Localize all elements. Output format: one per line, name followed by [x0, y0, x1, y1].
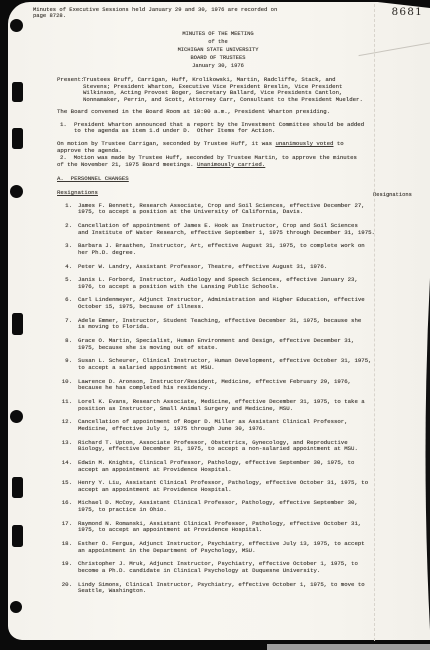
resignation-item-text: James F. Bennett, Research Associate, Cr… — [72, 203, 379, 216]
board-convened-text: The Board convened in the Board Room at … — [57, 109, 379, 116]
resignations-margin-note: Resignations — [373, 192, 412, 198]
meeting-header-line: of the — [57, 38, 379, 46]
punch-bar — [12, 128, 23, 149]
punch-bar — [12, 525, 23, 547]
resignation-item-text: Adele Emmer, Instructor, Student Teachin… — [72, 318, 379, 331]
item-number: 1. — [60, 122, 69, 135]
punch-hole — [10, 185, 23, 198]
resignation-item-number: 4. — [60, 264, 72, 271]
resignation-item: 18. Esther O. Fergus, Adjunct Instructor… — [60, 541, 379, 554]
resignation-item-text: Peter W. Landry, Assistant Professor, Th… — [72, 264, 379, 271]
resignation-item-number: 1. — [60, 203, 72, 216]
resignation-item-number: 19. — [60, 561, 72, 574]
fold-line — [374, 4, 375, 641]
resignation-item: 6. Carl Lindenmeyer, Adjunct Instructor,… — [60, 297, 379, 310]
resignation-item-number: 5. — [60, 277, 72, 290]
resignation-item-text: Janis L. Forbord, Instructor, Audiology … — [72, 277, 379, 290]
resignation-item: 2. Cancellation of appointment of James … — [60, 223, 379, 236]
resignation-item: 1. James F. Bennett, Research Associate,… — [60, 203, 379, 216]
resignation-item-number: 3. — [60, 243, 72, 256]
paper-sheet: Minutes of Executive Sessions held Janua… — [8, 2, 430, 640]
resignation-item-text: Henry Y. Liu, Assistant Clinical Profess… — [72, 480, 379, 493]
resignation-item-number: 18. — [60, 541, 72, 554]
section-heading-personnel-changes: A. PERSONNEL CHANGES — [57, 176, 379, 183]
resignation-item: 19. Christopher J. Mruk, Adjunct Instruc… — [60, 561, 379, 574]
meeting-header: MINUTES OF THE MEETINGof theMICHIGAN STA… — [57, 30, 379, 70]
underlined-phrase-unanimously-carried: Unanimously carried. — [197, 161, 265, 168]
resignation-item: 3. Barbara J. Braathen, Instructor, Art,… — [60, 243, 379, 256]
resignations-heading: Resignations — [57, 190, 379, 197]
resignation-item-number: 13. — [60, 440, 72, 453]
resignation-item: 11. Lorel K. Evans, Research Associate, … — [60, 399, 379, 412]
resignation-item-text: Barbara J. Braathen, Instructor, Art, ef… — [72, 243, 379, 256]
executive-sessions-note: Minutes of Executive Sessions held Janua… — [33, 7, 293, 20]
resignation-item-number: 9. — [60, 358, 72, 371]
resignation-item: 15. Henry Y. Liu, Assistant Clinical Pro… — [60, 480, 379, 493]
resignation-item: 9. Susan L. Scheurer, Clinical Instructo… — [60, 358, 379, 371]
page-right-edge-shadow — [420, 278, 430, 630]
punch-bar — [12, 82, 23, 102]
agenda-item-1: 1. President Wharton announced that a re… — [60, 122, 379, 135]
punch-bar — [12, 313, 23, 335]
resignation-item-text: Lindy Simons, Clinical Instructor, Psych… — [72, 582, 379, 595]
resignation-item: 7. Adele Emmer, Instructor, Student Teac… — [60, 318, 379, 331]
resignation-item-number: 14. — [60, 460, 72, 473]
resignation-item-number: 12. — [60, 419, 72, 432]
meeting-header-line: MICHIGAN STATE UNIVERSITY — [57, 46, 379, 54]
resignation-item: 14. Edwin M. Knights, Clinical Professor… — [60, 460, 379, 473]
punch-hole — [10, 410, 23, 423]
motion-paragraph-1: On motion by Trustee Carrigan, seconded … — [57, 141, 379, 154]
punch-hole — [10, 601, 22, 613]
page-number: 8681 — [391, 6, 423, 18]
resignation-item: 10. Lawrence D. Aronson, Instructor/Resi… — [60, 379, 379, 392]
resignation-item-number: 15. — [60, 480, 72, 493]
resignation-item-text: Cancellation of appointment of Roger D. … — [72, 419, 379, 432]
scanner-background-strip — [267, 644, 430, 650]
agenda-item-1-text: President Wharton announced that a repor… — [69, 122, 379, 135]
resignations-list: 1. James F. Bennett, Research Associate,… — [60, 203, 379, 595]
section-heading-text: A. PERSONNEL CHANGES — [57, 175, 129, 182]
resignation-item-number: 7. — [60, 318, 72, 331]
present-text: Trustees Bruff, Carrigan, Huff, Krolikow… — [83, 77, 379, 104]
resignation-item-number: 20. — [60, 582, 72, 595]
underlined-phrase-unanimously-voted: unanimously voted — [275, 140, 333, 147]
resignation-item-text: Esther O. Fergus, Adjunct Instructor, Ps… — [72, 541, 379, 554]
resignation-item-text: Raymond N. Romanski, Assistant Clinical … — [72, 521, 379, 534]
resignation-item: 12. Cancellation of appointment of Roger… — [60, 419, 379, 432]
present-label: Present: — [57, 77, 83, 104]
resignation-item-text: Michael D. McCoy, Assistant Clinical Pro… — [72, 500, 379, 513]
resignation-item-text: Lorel K. Evans, Research Associate, Medi… — [72, 399, 379, 412]
resignation-item-text: Lawrence D. Aronson, Instructor/Resident… — [72, 379, 379, 392]
resignations-heading-text: Resignations — [57, 189, 98, 196]
meeting-header-line: MINUTES OF THE MEETING — [57, 30, 379, 38]
resignation-item-text: Carl Lindenmeyer, Adjunct Instructor, Ad… — [72, 297, 379, 310]
punch-hole — [10, 19, 23, 32]
resignation-item-text: Richard T. Upton, Associate Professor, O… — [72, 440, 379, 453]
resignation-item: 4. Peter W. Landry, Assistant Professor,… — [60, 264, 379, 271]
resignation-item-text: Cancellation of appointment of James E. … — [72, 223, 379, 236]
resignation-item: 13. Richard T. Upton, Associate Professo… — [60, 440, 379, 453]
resignation-item-number: 6. — [60, 297, 72, 310]
resignation-item-number: 16. — [60, 500, 72, 513]
resignation-item-number: 2. — [60, 223, 72, 236]
resignation-item-text: Susan L. Scheurer, Clinical Instructor, … — [72, 358, 379, 371]
resignation-item: 16. Michael D. McCoy, Assistant Clinical… — [60, 500, 379, 513]
punch-bar — [12, 477, 23, 498]
resignation-item: 17. Raymond N. Romanski, Assistant Clini… — [60, 521, 379, 534]
resignation-item-text: Grace O. Martin, Specialist, Human Envir… — [72, 338, 379, 351]
motion-paragraph-2: 2. Motion was made by Trustee Huff, seco… — [57, 155, 379, 168]
scanned-page: Minutes of Executive Sessions held Janua… — [0, 0, 430, 650]
resignation-item-number: 11. — [60, 399, 72, 412]
resignation-item-number: 17. — [60, 521, 72, 534]
resignation-item-text: Edwin M. Knights, Clinical Professor, Pa… — [72, 460, 379, 473]
meeting-header-line: January 30, 1976 — [57, 62, 379, 70]
meeting-header-line: BOARD OF TRUSTEES — [57, 54, 379, 62]
resignation-item: 20. Lindy Simons, Clinical Instructor, P… — [60, 582, 379, 595]
present-section: Present: Trustees Bruff, Carrigan, Huff,… — [57, 77, 379, 104]
resignation-item-text: Christopher J. Mruk, Adjunct Instructor,… — [72, 561, 379, 574]
resignation-item: 8. Grace O. Martin, Specialist, Human En… — [60, 338, 379, 351]
resignation-item: 5. Janis L. Forbord, Instructor, Audiolo… — [60, 277, 379, 290]
resignation-item-number: 10. — [60, 379, 72, 392]
resignation-item-number: 8. — [60, 338, 72, 351]
